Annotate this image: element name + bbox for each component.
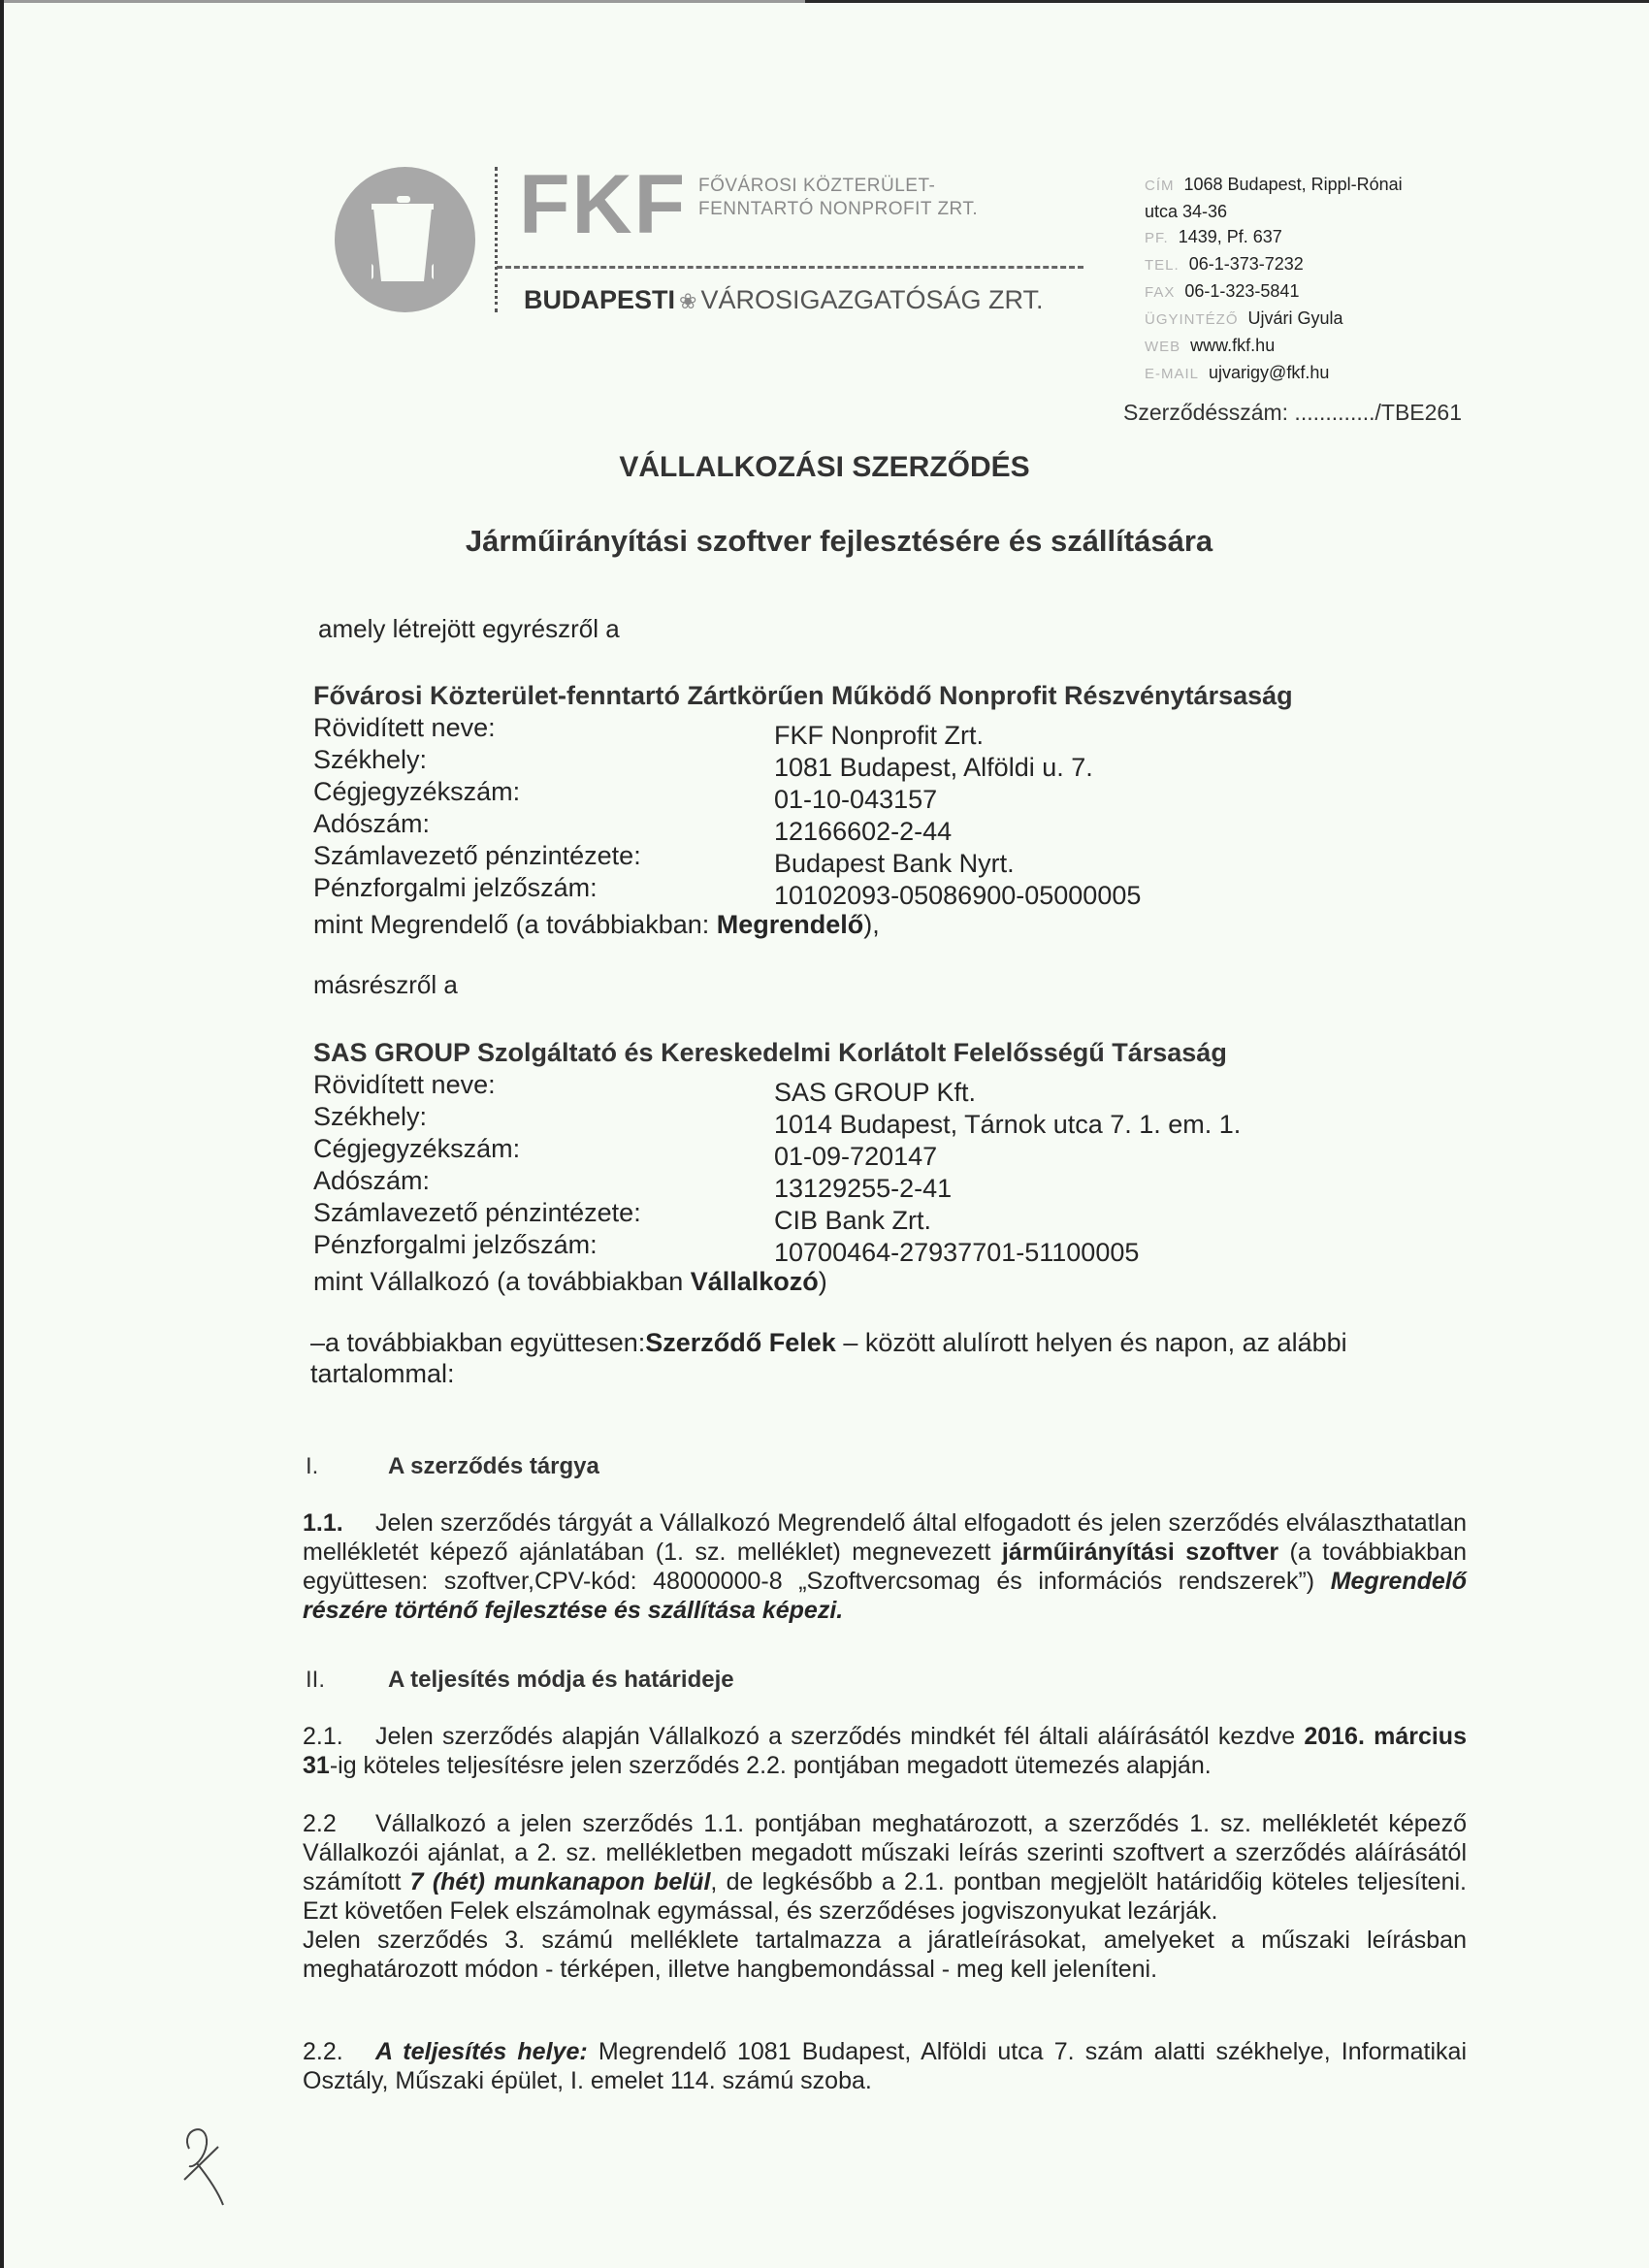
contact-administrator: ÜGYINTÉZŐUjvári Gyula xyxy=(1145,306,1403,333)
scan-edge-left xyxy=(0,0,4,2268)
contact-email[interactable]: E-MAILujvarigy@fkf.hu xyxy=(1145,360,1403,387)
party2-row-account: Pénzforgalmi jelzőszám:10700464-27937701… xyxy=(313,1230,598,1259)
party2-row-registry: Cégjegyzékszám:01-09-720147 xyxy=(313,1134,520,1163)
party1-row-seat: Székhely:1081 Budapest, Alföldi u. 7. xyxy=(313,745,427,774)
party2-row-bank: Számlavezető pénzintézete:CIB Bank Zrt. xyxy=(313,1198,641,1227)
contact-address: CÍM1068 Budapest, Rippl-Rónai xyxy=(1145,172,1403,199)
party1-role: mint Megrendelő (a továbbiakban: Megrend… xyxy=(313,910,880,939)
brand-name-line1: FŐVÁROSI KÖZTERÜLET- xyxy=(698,175,978,198)
fkf-logo xyxy=(335,167,475,312)
contact-fax: FAX06-1-323-5841 xyxy=(1145,278,1403,306)
section-2-heading: II.A teljesítés módja és határideje xyxy=(306,1667,734,1694)
party2-name: SAS GROUP Szolgáltató és Kereskedelmi Ko… xyxy=(313,1038,1227,1068)
party1-row-bank: Számlavezető pénzintézete:Budapest Bank … xyxy=(313,841,641,870)
contact-web[interactable]: WEBwww.fkf.hu xyxy=(1145,333,1403,360)
party1-row-account: Pénzforgalmi jelzőszám:10102093-05086900… xyxy=(313,873,598,902)
clause-2-2-place: 2.2.A teljesítés helye: Megrendelő 1081 … xyxy=(303,2037,1467,2095)
brand-name-line2: FENNTARTÓ NONPROFIT ZRT. xyxy=(698,198,978,221)
city-management-label: VÁROSIGAZGATÓSÁG ZRT. xyxy=(700,285,1043,314)
party1-row-tax: Adószám:12166602-2-44 xyxy=(313,809,430,838)
document-title: VÁLLALKOZÁSI SZERZŐDÉS xyxy=(0,451,1649,484)
party2-row-short-name: Rövidített neve:SAS GROUP Kft. xyxy=(313,1070,496,1099)
brand-name: FŐVÁROSI KÖZTERÜLET- FENNTARTÓ NONPROFIT… xyxy=(698,175,978,221)
contact-block: CÍM1068 Budapest, Rippl-Rónai utca 34-36… xyxy=(1145,172,1403,387)
clause-2-2: 2.2Vállalkozó a jelen szerződés 1.1. pon… xyxy=(303,1809,1467,1984)
party2-row-tax: Adószám:13129255-2-41 xyxy=(313,1166,430,1195)
scan-edge-top-light xyxy=(0,0,805,3)
document-subtitle: Járműirányítási szoftver fejlesztésére é… xyxy=(0,524,1649,559)
party1-row-short-name: Rövidített neve:FKF Nonprofit Zrt. xyxy=(313,713,496,742)
contact-pobox: PF.1439, Pf. 637 xyxy=(1145,224,1403,251)
contact-phone: TEL.06-1-373-7232 xyxy=(1145,251,1403,278)
party2-role: mint Vállalkozó (a továbbiakban Vállalko… xyxy=(313,1267,827,1296)
brand-letters: FKF xyxy=(519,163,687,246)
trash-bin-icon xyxy=(372,196,434,288)
budapest-label: BUDAPESTI xyxy=(524,285,675,314)
contact-address-2: utca 34-36 xyxy=(1145,199,1403,224)
letterhead-divider-horizontal xyxy=(497,266,1083,269)
party2-row-seat: Székhely:1014 Budapest, Tárnok utca 7. 1… xyxy=(313,1102,427,1131)
city-crest-icon: ❀ xyxy=(679,289,696,313)
letterhead-divider-vertical xyxy=(495,167,498,312)
intro-text: amely létrejött egyrészről a xyxy=(318,614,620,643)
other-side-text: másrészről a xyxy=(313,970,458,999)
clause-2-1: 2.1.Jelen szerződés alapján Vállalkozó a… xyxy=(303,1722,1467,1780)
party1-row-registry: Cégjegyzékszám:01-10-043157 xyxy=(313,777,520,806)
party1-name: Fővárosi Közterület-fenntartó Zártkörűen… xyxy=(313,681,1293,711)
clause-1-1: 1.1.Jelen szerződés tárgyát a Vállalkozó… xyxy=(303,1508,1467,1625)
budapest-city-management: BUDAPESTI❀VÁROSIGAZGATÓSÁG ZRT. xyxy=(524,284,1044,317)
handwritten-initials-icon xyxy=(170,2120,238,2207)
contract-number: Szerződésszám: ............./TBE261 xyxy=(1123,400,1462,426)
section-1-heading: I.A szerződés tárgya xyxy=(306,1453,599,1480)
contracting-parties-text: –a továbbiakban együttesen:Szerződő Fele… xyxy=(310,1327,1465,1389)
